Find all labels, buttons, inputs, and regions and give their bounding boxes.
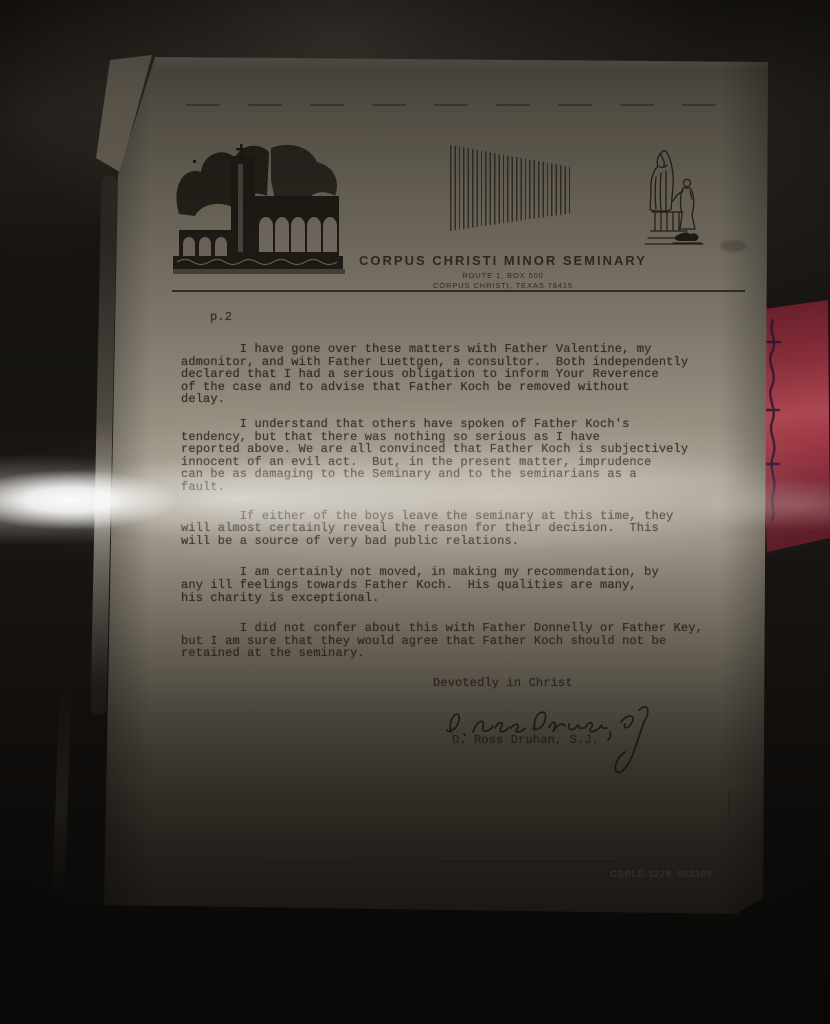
photocopy-dash-bottom-right <box>438 860 620 862</box>
letterhead-address-line2: CORPUS CHRISTI, TEXAS 78415 <box>338 282 668 291</box>
paragraph-1: I have gone over these matters with Fath… <box>181 343 726 406</box>
photocopy-tick-mark <box>728 790 730 816</box>
smudge-mark <box>720 240 746 252</box>
paragraph-2: I understand that others have spoken of … <box>181 418 726 494</box>
letterhead-rule <box>172 290 745 292</box>
letter-body: I have gone over these matters with Fath… <box>181 343 726 672</box>
photocopy-dash-line-top <box>186 104 742 106</box>
letterhead-title: CORPUS CHRISTI MINOR SEMINARY <box>338 253 668 268</box>
paragraph-5: I did not confer about this with Father … <box>181 622 726 660</box>
christ-statue-figure-icon <box>643 147 707 249</box>
photo-of-letter: CORPUS CHRISTI MINOR SEMINARY ROUTE 1, B… <box>0 0 830 1024</box>
letterhead-text-block: CORPUS CHRISTI MINOR SEMINARY ROUTE 1, B… <box>338 253 668 290</box>
closing-line: Devotedly in Christ <box>433 677 573 690</box>
seminary-building-engraving <box>173 140 345 285</box>
typed-signature-name: D. Ross Druhan, S.J. <box>452 734 599 747</box>
paragraph-3: If either of the boys leave the seminary… <box>181 510 726 548</box>
bates-stamp-id: CSRLE-5279_003309 <box>610 869 712 880</box>
letterhead-address-line1: ROUTE 1, BOX 500 <box>338 272 668 281</box>
paragraph-4: I am certainly not moved, in making my r… <box>181 566 726 604</box>
page-number-label: p.2 <box>210 311 232 324</box>
photocopy-dash-bottom-left <box>268 861 352 863</box>
